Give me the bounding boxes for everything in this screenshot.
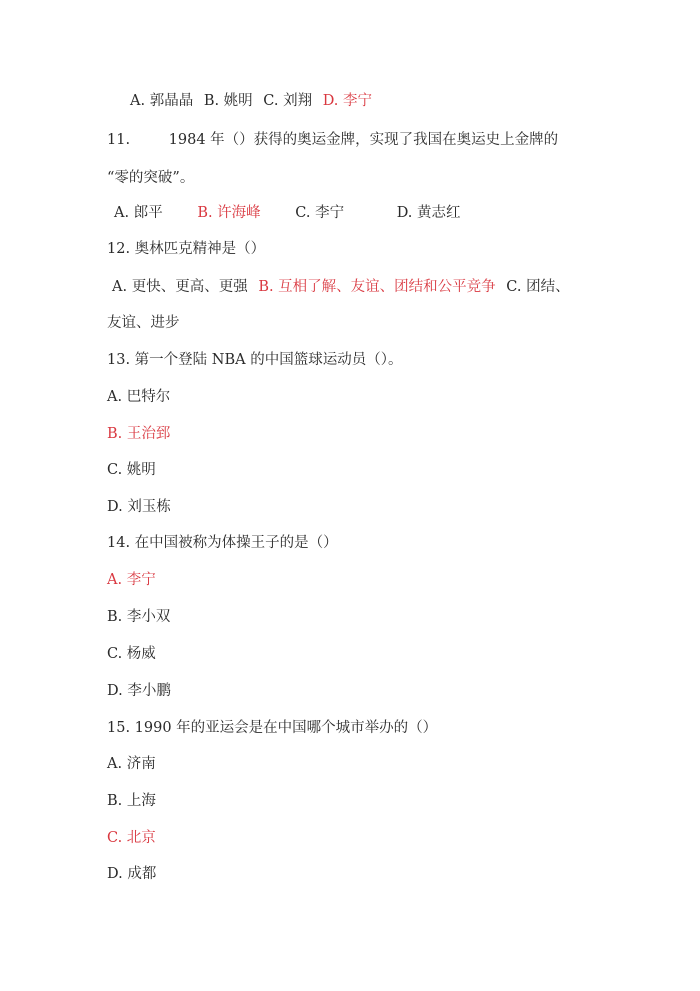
q11-option-b-answer: B. 许海峰 xyxy=(197,203,260,223)
q13-option-b-answer: B. 王治郅 xyxy=(107,424,170,444)
document-page: A. 郭晶晶 B. 姚明 C. 刘翔 D. 李宁 11. 1984 年（）获得的… xyxy=(0,0,700,991)
q11-question-line1: 11. 1984 年（）获得的奥运金牌，实现了我国在奥运史上金牌的 xyxy=(107,130,558,150)
q11-number: 11. xyxy=(107,132,130,148)
q14-question: 14. 在中国被称为体操王子的是（） xyxy=(107,533,338,553)
q15-option-a: A. 济南 xyxy=(107,754,156,774)
q12-option-c: C. 团结、 xyxy=(506,277,569,297)
q14-option-a-answer: A. 李宁 xyxy=(107,570,156,590)
q10-option-c: C. 刘翔 xyxy=(263,91,312,111)
q13-option-c: C. 姚明 xyxy=(107,460,156,480)
q11-options: A. 郎平 B. 许海峰 C. 李宁 D. 黄志红 xyxy=(114,203,461,223)
q10-options: A. 郭晶晶 B. 姚明 C. 刘翔 D. 李宁 xyxy=(130,91,372,111)
q15-option-d: D. 成都 xyxy=(107,864,156,884)
q10-option-b: B. 姚明 xyxy=(204,91,253,111)
q15-option-c-answer: C. 北京 xyxy=(107,828,156,848)
q10-option-a: A. 郭晶晶 xyxy=(130,91,193,111)
q11-question-line2: “零的突破”。 xyxy=(107,168,194,188)
q11-option-a: A. 郎平 xyxy=(114,203,163,223)
q15-question: 15. 1990 年的亚运会是在中国哪个城市举办的（） xyxy=(107,718,437,738)
q12-option-a: A. 更快、更高、更强 xyxy=(112,277,248,297)
q14-option-b: B. 李小双 xyxy=(107,607,170,627)
q12-question: 12. 奥林匹克精神是（） xyxy=(107,239,265,259)
q11-option-d: D. 黄志红 xyxy=(397,203,461,223)
q12-option-c-continued: 友谊、进步 xyxy=(107,313,180,333)
q13-question: 13. 第一个登陆 NBA 的中国篮球运动员（）。 xyxy=(107,350,402,370)
q10-option-d-answer: D. 李宁 xyxy=(323,91,372,111)
q12-option-b-answer: B. 互相了解、友谊、团结和公平竞争 xyxy=(258,277,495,297)
q13-option-d: D. 刘玉栋 xyxy=(107,497,171,517)
q15-option-b: B. 上海 xyxy=(107,791,156,811)
q11-text-line1: 1984 年（）获得的奥运金牌，实现了我国在奥运史上金牌的 xyxy=(169,132,559,148)
q13-option-a: A. 巴特尔 xyxy=(107,387,170,407)
q14-option-c: C. 杨威 xyxy=(107,644,156,664)
q11-option-c: C. 李宁 xyxy=(295,203,344,223)
q14-option-d: D. 李小鹏 xyxy=(107,681,171,701)
q12-options: A. 更快、更高、更强 B. 互相了解、友谊、团结和公平竞争 C. 团结、 xyxy=(112,277,570,297)
